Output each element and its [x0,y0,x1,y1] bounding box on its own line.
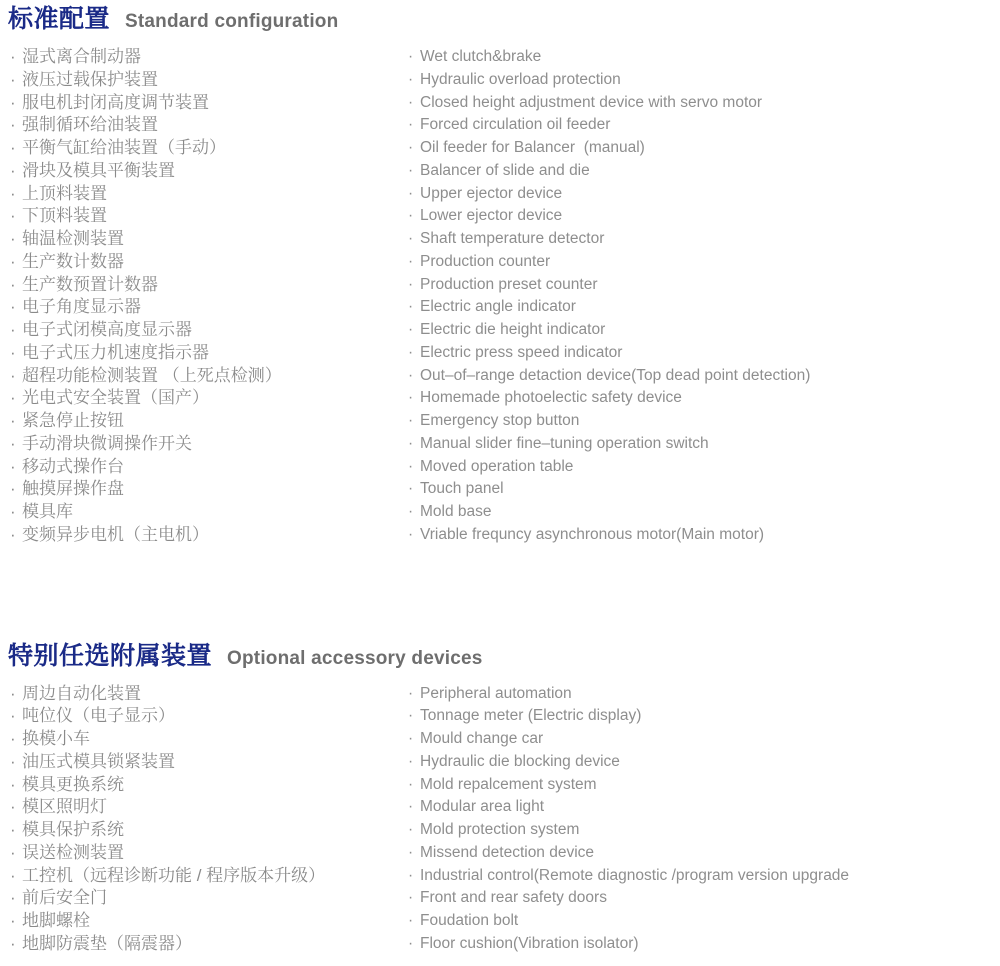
bullet-icon: · [10,933,22,956]
item-text-en: Touch panel [420,478,504,501]
item-cell-zh: ·移动式操作台 [0,456,400,479]
item-text-en: Shaft temperature detector [420,228,604,251]
config-row: ·模区照明灯·Modular area light [0,796,1000,819]
config-row: ·吨位仪（电子显示）·Tonnage meter (Electric displ… [0,705,1000,728]
item-text-en: Hydraulic die blocking device [420,751,620,774]
item-cell-en: ·Emergency stop button [400,410,1000,433]
bullet-icon: · [408,796,420,819]
bullet-icon: · [408,865,420,888]
bullet-icon: · [408,365,420,388]
item-text-en: Moved operation table [420,456,573,479]
bullet-icon: · [10,228,22,251]
bullet-icon: · [10,456,22,479]
config-row: ·超程功能检测装置 （上死点检测）·Out–of–range detaction… [0,365,1000,388]
bullet-icon: · [10,137,22,160]
item-cell-zh: ·湿式离合制动器 [0,46,400,69]
bullet-icon: · [10,114,22,137]
item-text-en: Oil feeder for Balancer (manual) [420,137,645,160]
bullet-icon: · [408,342,420,365]
item-cell-en: ·Front and rear safety doors [400,887,1000,910]
item-cell-en: ·Lower ejector device [400,205,1000,228]
item-text-en: Vriable frequncy asynchronous motor(Main… [420,524,764,547]
item-cell-en: ·Wet clutch&brake [400,46,1000,69]
bullet-icon: · [408,433,420,456]
item-text-zh: 湿式离合制动器 [22,46,141,69]
item-text-en: Floor cushion(Vibration isolator) [420,933,639,956]
bullet-icon: · [10,819,22,842]
bullet-icon: · [10,410,22,433]
bullet-icon: · [408,137,420,160]
config-row: ·光电式安全装置（国产）·Homemade photoelectic safet… [0,387,1000,410]
item-cell-zh: ·手动滑块微调操作开关 [0,433,400,456]
config-row: ·强制循环给油装置·Forced circulation oil feeder [0,114,1000,137]
config-row: ·模具库·Mold base [0,501,1000,524]
bullet-icon: · [408,933,420,956]
bullet-icon: · [10,433,22,456]
config-row: ·误送检测装置·Missend detection device [0,842,1000,865]
item-cell-en: ·Manual slider fine–tuning operation swi… [400,433,1000,456]
item-text-zh: 液压过载保护装置 [22,69,158,92]
item-cell-zh: ·平衡气缸给油装置（手动） [0,137,400,160]
item-cell-zh: ·模具保护系统 [0,819,400,842]
config-row: ·移动式操作台·Moved operation table [0,456,1000,479]
item-cell-en: ·Mould change car [400,728,1000,751]
item-text-zh: 模具更换系统 [22,774,124,797]
bullet-icon: · [408,478,420,501]
item-text-zh: 触摸屏操作盘 [22,478,124,501]
config-row: ·下顶料装置·Lower ejector device [0,205,1000,228]
item-text-zh: 模具保护系统 [22,819,124,842]
item-cell-en: ·Electric press speed indicator [400,342,1000,365]
item-cell-en: ·Production counter [400,251,1000,274]
item-text-en: Mold repalcement system [420,774,597,797]
item-text-en: Wet clutch&brake [420,46,541,69]
item-cell-zh: ·上顶料装置 [0,183,400,206]
item-cell-zh: ·前后安全门 [0,887,400,910]
bullet-icon: · [408,705,420,728]
bullet-icon: · [10,728,22,751]
bullet-icon: · [408,183,420,206]
item-cell-en: ·Hydraulic overload protection [400,69,1000,92]
item-cell-zh: ·模具库 [0,501,400,524]
bullet-icon: · [408,524,420,547]
item-text-en: Tonnage meter (Electric display) [420,705,641,728]
bullet-icon: · [10,524,22,547]
item-text-zh: 生产数计数器 [22,251,124,274]
item-cell-zh: ·液压过载保护装置 [0,69,400,92]
item-cell-en: ·Electric angle indicator [400,296,1000,319]
section-title-zh: 标准配置 [8,4,110,34]
item-cell-zh: ·轴温检测装置 [0,228,400,251]
item-cell-zh: ·吨位仪（电子显示） [0,705,400,728]
bullet-icon: · [408,683,420,706]
item-cell-en: ·Vriable frequncy asynchronous motor(Mai… [400,524,1000,547]
item-cell-en: ·Peripheral automation [400,683,1000,706]
config-row: ·电子角度显示器·Electric angle indicator [0,296,1000,319]
item-cell-en: ·Mold protection system [400,819,1000,842]
section-title-en: Optional accessory devices [227,648,483,670]
section-header: 特别任选附属装置 Optional accessory devices [0,641,1000,671]
item-cell-en: ·Oil feeder for Balancer (manual) [400,137,1000,160]
bullet-icon: · [10,478,22,501]
item-cell-zh: ·滑块及模具平衡装置 [0,160,400,183]
bullet-icon: · [408,819,420,842]
bullet-icon: · [10,387,22,410]
config-row: ·地脚螺栓·Foudation bolt [0,910,1000,933]
item-text-zh: 变频异步电机（主电机） [22,524,209,547]
item-cell-zh: ·生产数预置计数器 [0,274,400,297]
item-cell-en: ·Touch panel [400,478,1000,501]
config-row: ·变频异步电机（主电机）·Vriable frequncy asynchrono… [0,524,1000,547]
item-text-zh: 前后安全门 [22,887,107,910]
bullet-icon: · [408,274,420,297]
item-text-en: Foudation bolt [420,910,518,933]
item-text-en: Electric die height indicator [420,319,605,342]
config-row: ·周边自动化装置·Peripheral automation [0,683,1000,706]
item-text-zh: 吨位仪（电子显示） [22,705,175,728]
bullet-icon: · [408,205,420,228]
item-text-en: Missend detection device [420,842,594,865]
bullet-icon: · [10,92,22,115]
bullet-icon: · [408,160,420,183]
bullet-icon: · [10,365,22,388]
item-text-zh: 光电式安全装置（国产） [22,387,209,410]
config-row: ·地脚防震垫（隔震器）·Floor cushion(Vibration isol… [0,933,1000,956]
bullet-icon: · [10,910,22,933]
bullet-icon: · [10,774,22,797]
item-cell-zh: ·地脚螺栓 [0,910,400,933]
item-text-zh: 服电机封闭高度调节装置 [22,92,209,115]
config-list: ·湿式离合制动器·Wet clutch&brake·液压过载保护装置·Hydra… [0,46,1000,547]
item-text-zh: 轴温检测装置 [22,228,124,251]
section-header: 标准配置 Standard configuration [0,4,1000,34]
item-cell-zh: ·地脚防震垫（隔震器） [0,933,400,956]
config-row: ·手动滑块微调操作开关·Manual slider fine–tuning op… [0,433,1000,456]
item-cell-zh: ·误送检测装置 [0,842,400,865]
item-cell-zh: ·模具更换系统 [0,774,400,797]
config-row: ·模具保护系统·Mold protection system [0,819,1000,842]
config-row: ·液压过载保护装置·Hydraulic overload protection [0,69,1000,92]
item-text-en: Homemade photoelectic safety device [420,387,682,410]
item-text-en: Upper ejector device [420,183,562,206]
bullet-icon: · [408,842,420,865]
bullet-icon: · [10,501,22,524]
bullet-icon: · [10,183,22,206]
config-row: ·工控机（远程诊断功能 / 程序版本升级）·Industrial control… [0,865,1000,888]
item-text-en: Mold protection system [420,819,579,842]
config-row: ·滑块及模具平衡装置·Balancer of slide and die [0,160,1000,183]
config-row: ·前后安全门·Front and rear safety doors [0,887,1000,910]
config-row: ·电子式闭模高度显示器·Electric die height indicato… [0,319,1000,342]
item-cell-en: ·Mold repalcement system [400,774,1000,797]
bullet-icon: · [10,865,22,888]
item-cell-en: ·Floor cushion(Vibration isolator) [400,933,1000,956]
item-cell-zh: ·生产数计数器 [0,251,400,274]
bullet-icon: · [408,228,420,251]
item-text-zh: 强制循环给油装置 [22,114,158,137]
bullet-icon: · [10,274,22,297]
item-text-en: Electric angle indicator [420,296,576,319]
bullet-icon: · [408,501,420,524]
item-text-en: Production preset counter [420,274,598,297]
item-cell-en: ·Homemade photoelectic safety device [400,387,1000,410]
item-text-zh: 滑块及模具平衡装置 [22,160,175,183]
bullet-icon: · [10,205,22,228]
item-cell-en: ·Forced circulation oil feeder [400,114,1000,137]
item-cell-zh: ·电子式压力机速度指示器 [0,342,400,365]
config-row: ·触摸屏操作盘·Touch panel [0,478,1000,501]
item-cell-zh: ·紧急停止按钮 [0,410,400,433]
item-text-zh: 模具库 [22,501,73,524]
item-text-zh: 油压式模具锁紧装置 [22,751,175,774]
config-row: ·生产数计数器·Production counter [0,251,1000,274]
item-cell-en: ·Hydraulic die blocking device [400,751,1000,774]
bullet-icon: · [408,910,420,933]
config-row: ·紧急停止按钮·Emergency stop button [0,410,1000,433]
item-text-zh: 模区照明灯 [22,796,107,819]
item-text-en: Forced circulation oil feeder [420,114,610,137]
item-cell-zh: ·变频异步电机（主电机） [0,524,400,547]
bullet-icon: · [10,751,22,774]
bullet-icon: · [10,251,22,274]
item-cell-en: ·Modular area light [400,796,1000,819]
item-cell-en: ·Out–of–range detaction device(Top dead … [400,365,1000,388]
item-text-en: Production counter [420,251,550,274]
item-cell-en: ·Production preset counter [400,274,1000,297]
bullet-icon: · [10,319,22,342]
item-cell-en: ·Closed height adjustment device with se… [400,92,1000,115]
item-text-zh: 误送检测装置 [22,842,124,865]
item-text-zh: 超程功能检测装置 （上死点检测） [22,365,282,388]
bullet-icon: · [408,410,420,433]
bullet-icon: · [10,705,22,728]
config-row: ·模具更换系统·Mold repalcement system [0,774,1000,797]
config-row: ·电子式压力机速度指示器·Electric press speed indica… [0,342,1000,365]
item-cell-zh: ·油压式模具锁紧装置 [0,751,400,774]
item-cell-zh: ·周边自动化装置 [0,683,400,706]
section-standard-configuration: 标准配置 Standard configuration ·湿式离合制动器·Wet… [0,4,1000,547]
bullet-icon: · [408,728,420,751]
bullet-icon: · [10,342,22,365]
bullet-icon: · [10,46,22,69]
item-text-zh: 周边自动化装置 [22,683,141,706]
bullet-icon: · [10,296,22,319]
item-cell-en: ·Foudation bolt [400,910,1000,933]
bullet-icon: · [10,683,22,706]
item-cell-zh: ·光电式安全装置（国产） [0,387,400,410]
config-row: ·轴温检测装置·Shaft temperature detector [0,228,1000,251]
item-text-en: Peripheral automation [420,683,572,706]
item-text-zh: 工控机（远程诊断功能 / 程序版本升级） [22,865,325,888]
bullet-icon: · [10,796,22,819]
item-cell-en: ·Industrial control(Remote diagnostic /p… [400,865,1000,888]
item-cell-zh: ·工控机（远程诊断功能 / 程序版本升级） [0,865,400,888]
item-cell-zh: ·模区照明灯 [0,796,400,819]
item-cell-zh: ·电子角度显示器 [0,296,400,319]
item-text-zh: 电子式闭模高度显示器 [22,319,192,342]
item-text-zh: 移动式操作台 [22,456,124,479]
item-text-zh: 地脚防震垫（隔震器） [22,933,192,956]
item-text-en: Modular area light [420,796,544,819]
item-text-en: Mold base [420,501,492,524]
item-cell-en: ·Missend detection device [400,842,1000,865]
item-text-zh: 地脚螺栓 [22,910,90,933]
item-text-en: Balancer of slide and die [420,160,590,183]
item-text-en: Out–of–range detaction device(Top dead p… [420,365,810,388]
item-cell-en: ·Balancer of slide and die [400,160,1000,183]
item-text-zh: 生产数预置计数器 [22,274,158,297]
page: 标准配置 Standard configuration ·湿式离合制动器·Wet… [0,0,1000,966]
item-cell-zh: ·触摸屏操作盘 [0,478,400,501]
bullet-icon: · [408,69,420,92]
item-cell-en: ·Tonnage meter (Electric display) [400,705,1000,728]
item-cell-zh: ·电子式闭模高度显示器 [0,319,400,342]
config-row: ·换模小车·Mould change car [0,728,1000,751]
item-cell-zh: ·服电机封闭高度调节装置 [0,92,400,115]
item-text-en: Mould change car [420,728,543,751]
item-cell-en: ·Upper ejector device [400,183,1000,206]
bullet-icon: · [408,92,420,115]
item-text-zh: 上顶料装置 [22,183,107,206]
config-row: ·油压式模具锁紧装置·Hydraulic die blocking device [0,751,1000,774]
bullet-icon: · [408,251,420,274]
item-cell-zh: ·强制循环给油装置 [0,114,400,137]
bullet-icon: · [10,842,22,865]
section-optional-accessory-devices: 特别任选附属装置 Optional accessory devices ·周边自… [0,641,1000,956]
item-text-zh: 换模小车 [22,728,90,751]
bullet-icon: · [408,774,420,797]
item-text-en: Manual slider fine–tuning operation swit… [420,433,709,456]
item-text-zh: 下顶料装置 [22,205,107,228]
item-text-en: Electric press speed indicator [420,342,622,365]
bullet-icon: · [10,887,22,910]
item-cell-en: ·Mold base [400,501,1000,524]
item-cell-en: ·Shaft temperature detector [400,228,1000,251]
bullet-icon: · [408,46,420,69]
bullet-icon: · [408,387,420,410]
item-text-en: Front and rear safety doors [420,887,607,910]
config-row: ·生产数预置计数器·Production preset counter [0,274,1000,297]
item-text-zh: 手动滑块微调操作开关 [22,433,192,456]
item-cell-zh: ·下顶料装置 [0,205,400,228]
bullet-icon: · [408,114,420,137]
config-row: ·湿式离合制动器·Wet clutch&brake [0,46,1000,69]
item-cell-zh: ·换模小车 [0,728,400,751]
item-text-zh: 电子角度显示器 [22,296,141,319]
item-text-en: Industrial control(Remote diagnostic /pr… [420,865,849,888]
item-text-en: Hydraulic overload protection [420,69,621,92]
bullet-icon: · [408,887,420,910]
section-title-en: Standard configuration [125,11,338,33]
bullet-icon: · [408,456,420,479]
bullet-icon: · [10,69,22,92]
bullet-icon: · [408,319,420,342]
section-title-zh: 特别任选附属装置 [8,641,212,671]
config-list: ·周边自动化装置·Peripheral automation·吨位仪（电子显示）… [0,683,1000,956]
config-row: ·服电机封闭高度调节装置·Closed height adjustment de… [0,92,1000,115]
bullet-icon: · [408,751,420,774]
item-text-en: Lower ejector device [420,205,562,228]
config-row: ·上顶料装置·Upper ejector device [0,183,1000,206]
item-cell-en: ·Electric die height indicator [400,319,1000,342]
item-cell-zh: ·超程功能检测装置 （上死点检测） [0,365,400,388]
item-text-zh: 电子式压力机速度指示器 [22,342,209,365]
item-text-zh: 平衡气缸给油装置（手动） [22,137,226,160]
item-text-zh: 紧急停止按钮 [22,410,124,433]
item-cell-en: ·Moved operation table [400,456,1000,479]
bullet-icon: · [10,160,22,183]
bullet-icon: · [408,296,420,319]
item-text-en: Emergency stop button [420,410,579,433]
config-row: ·平衡气缸给油装置（手动）·Oil feeder for Balancer (m… [0,137,1000,160]
item-text-en: Closed height adjustment device with ser… [420,92,762,115]
